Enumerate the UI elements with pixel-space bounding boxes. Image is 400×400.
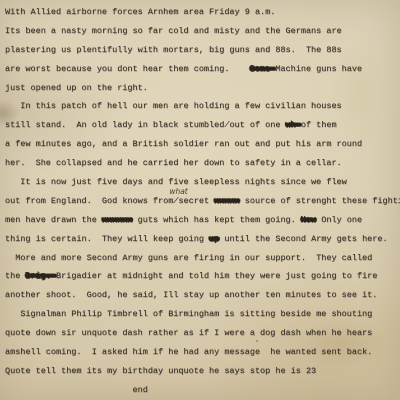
typed-text: It is now just five days and five sleepl… [5,177,347,187]
typed-line: Signalman Philip Timbrell of Birmingham … [5,305,400,324]
typed-text: Only one [316,215,362,225]
typed-text: Its been a nasty morning so far cold and… [5,26,342,36]
typed-text: With Allied airborne forces Arnhem area … [5,7,275,17]
typed-line: are worst because you dont hear them com… [5,60,400,79]
typed-text: are worst because you dont hear them com… [5,64,250,74]
typed-text: More and more Second Army guns are firin… [5,253,372,263]
typed-line: More and more Second Army guns are firin… [5,249,400,268]
struck-out-text: Some- [250,64,276,74]
typed-text: guts which has kept them going. [133,215,301,225]
typed-line: In this patch of hell our men are holdin… [5,97,400,116]
struck-out-text: xxxxx [214,196,240,206]
struck-out-text: xxxxxx [102,215,133,225]
typed-text: until the Second Army gets here. [219,234,387,244]
typed-line: With Allied airborne forces Arnhem area … [5,3,400,22]
typed-line: just opened up on the right. [5,79,400,98]
typed-text: quote down sir unquote dash rather as if… [5,328,372,338]
typed-text: still stand. An old lady in black stumbl… [5,120,224,130]
typed-text: Machine guns have [275,64,362,74]
typed-text: out from England. God knows from [5,196,173,206]
typed-text: amshell coming. I asked him if he had an… [5,347,260,357]
typed-text: just opened up on the right. [5,83,148,93]
typed-text: out of one [229,120,285,130]
typed-line: It is now just five days and five sleepl… [5,173,400,192]
struck-out-text: up [209,234,219,244]
typed-text: the [5,271,25,281]
typed-line: the Brig.-Brigadier at midnight and told… [5,267,400,286]
typed-text: her. She collapsed and he carried her do… [5,158,342,168]
typed-text: a few minutes ago, and a British soldier… [5,139,362,149]
typed-line: Its been a nasty morning so far cold and… [5,22,400,41]
typed-line: her. She collapsed and he carried her do… [5,154,400,173]
typed-text: he wanted sent back. [260,347,372,357]
typewritten-page: With Allied airborne forces Arnhem area … [0,0,400,400]
typed-text: end [5,385,148,395]
typed-text: another shoot. Good, he said, Ill stay u… [5,290,377,300]
typed-text: of them [301,120,337,130]
typed-text: thing is certain. They will keep going [5,234,209,244]
typed-line: quote down sir unquote dash rather as if… [5,324,400,343]
struck-out-text: Now [301,215,316,225]
struck-out-text: Brig.- [25,271,56,281]
typed-line: Quote tell them its my birthday unquote … [5,362,400,381]
typed-text: men have drawn the [5,215,102,225]
typed-line: end [5,381,400,400]
typed-line: out from England. God knows fromwhat/sec… [5,192,400,211]
typed-line: men have drawn the xxxxxx guts which has… [5,211,400,230]
typed-text: source of strenght these fighting [240,196,400,206]
typed-line: still stand. An old lady in black stumbl… [5,116,400,135]
typed-text: Quote tell them its my birthday unquote … [5,366,316,376]
document-photo: With Allied airborne forces Arnhem area … [0,0,400,400]
typed-line: plastering us plentifully with mortars, … [5,41,400,60]
typed-text: Brigadier at midnight and told him they … [56,271,377,281]
typed-line: amshell coming. I asked him if he had an… [5,343,400,362]
typed-line: a few minutes ago, and a British soldier… [5,135,400,154]
typed-line: another shoot. Good, he said, Ill stay u… [5,286,400,305]
typed-text: In this patch of hell our men are holdin… [5,101,342,111]
struck-out-text: wh- [286,120,301,130]
typed-text: plastering us plentifully with mortars, … [5,45,342,55]
typed-text: Signalman Philip Timbrell of Birmingham … [5,309,372,319]
typed-line: thing is certain. They will keep going u… [5,230,400,249]
typed-text: secret [178,196,214,206]
